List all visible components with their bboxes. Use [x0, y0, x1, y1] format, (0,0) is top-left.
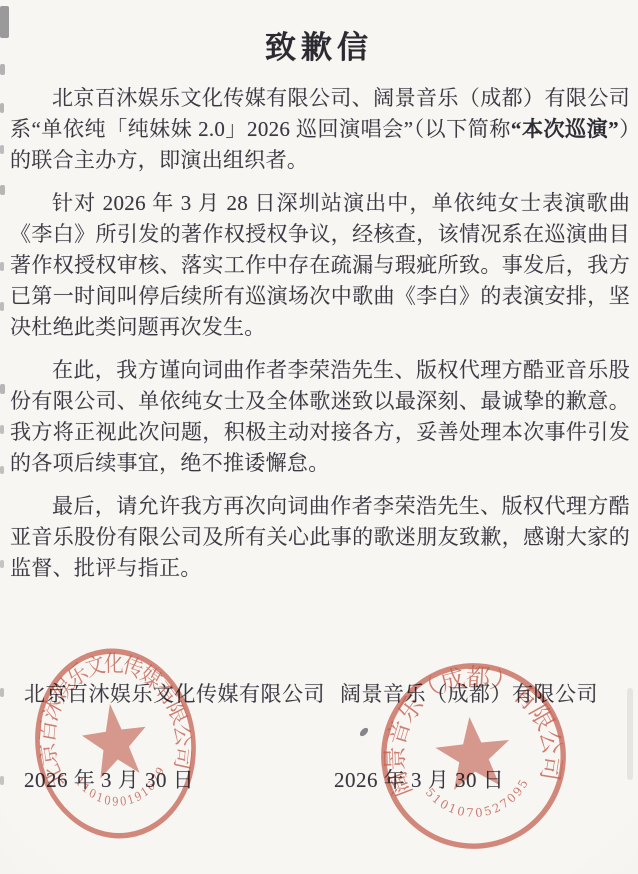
- scan-artifact: [0, 425, 4, 434]
- seal-star-icon: [78, 699, 152, 780]
- company-seal-right: 阔景音乐（成都）有限公司 5101070527095: [366, 648, 580, 863]
- scan-fold-shadow: [627, 688, 633, 780]
- svg-text:5101070527095: 5101070527095: [422, 775, 535, 825]
- scan-artifact: [0, 776, 4, 785]
- scan-artifact: [0, 302, 4, 311]
- ink-speck: [359, 726, 370, 738]
- apology-letter-page: 致歉信 北京百沐娱乐文化传媒有限公司、阔景音乐（成都）有限公司系“单依纯「纯妹妹…: [0, 0, 638, 874]
- letter-body: 北京百沐娱乐文化传媒有限公司、阔景音乐（成都）有限公司系“单依纯「纯妹妹 2.0…: [10, 83, 630, 596]
- scan-artifact: [0, 466, 4, 474]
- seal-number-left: 1101090191679: [72, 763, 171, 816]
- scan-artifact: [0, 185, 5, 195]
- scan-artifact: [0, 103, 4, 113]
- scan-artifact: [0, 384, 5, 394]
- company-seal-left: 北京百沐娱乐文化传媒有限公司 1101090191679: [18, 632, 213, 855]
- bold-emphasis: “本次巡演”: [511, 117, 619, 141]
- paragraph-2: 针对 2026 年 3 月 28 日深圳站演出中，单依纯女士表演歌曲《李白》所引…: [10, 188, 630, 343]
- paragraph-4: 最后，请允许我方再次向词曲作者李荣浩先生、版权代理方酷亚音乐股份有限公司及所有关…: [10, 491, 630, 584]
- document-title: 致歉信: [0, 22, 638, 67]
- paragraph-3: 在此，我方谨向词曲作者李荣浩先生、版权代理方酷亚音乐股份有限公司、单依纯女士及全…: [10, 355, 630, 479]
- svg-text:1101090191679: 1101090191679: [72, 763, 171, 816]
- scan-artifact: [0, 688, 4, 697]
- scan-artifact: [0, 145, 4, 154]
- scan-artifact: [0, 560, 4, 568]
- seal-number-right: 5101070527095: [422, 775, 535, 825]
- scan-artifact: [0, 262, 4, 271]
- seal-star-icon: [433, 713, 514, 791]
- paragraph-1: 北京百沐娱乐文化传媒有限公司、阔景音乐（成都）有限公司系“单依纯「纯妹妹 2.0…: [10, 83, 630, 176]
